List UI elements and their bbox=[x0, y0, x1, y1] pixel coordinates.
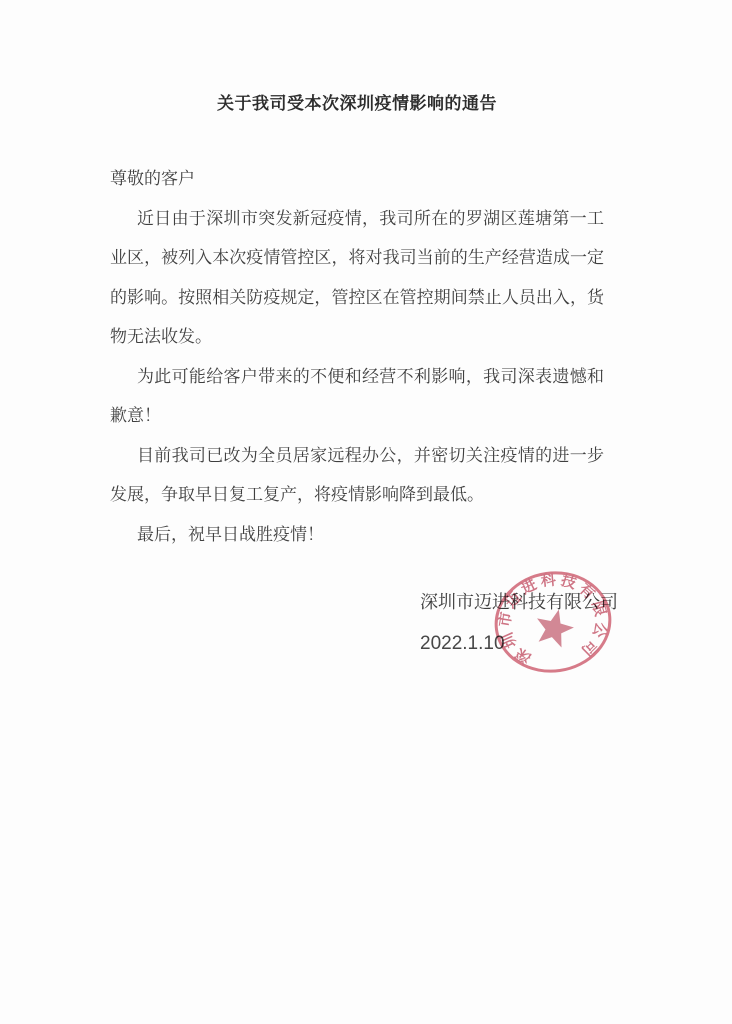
seal-star-icon bbox=[532, 605, 578, 649]
salutation: 尊敬的客户 bbox=[110, 159, 604, 199]
paragraph: 目前我司已改为全员居家远程办公，并密切关注疫情的进一步发展，争取早日复工复产，将… bbox=[110, 436, 604, 515]
paragraph: 为此可能给客户带来的不便和经营不利影响，我司深表遗憾和歉意！ bbox=[110, 357, 604, 436]
company-seal-stamp: 深圳市迈进科技有限公司 bbox=[483, 554, 623, 694]
paragraph: 近日由于深圳市突发新冠疫情，我司所在的罗湖区莲塘第一工业区，被列入本次疫情管控区… bbox=[110, 199, 604, 357]
paragraph: 最后，祝早日战胜疫情！ bbox=[110, 515, 604, 555]
notice-letter-page: 关于我司受本次深圳疫情影响的通告 尊敬的客户 近日由于深圳市突发新冠疫情，我司所… bbox=[0, 0, 732, 1024]
notice-title: 关于我司受本次深圳疫情影响的通告 bbox=[110, 93, 604, 115]
notice-body: 尊敬的客户 近日由于深圳市突发新冠疫情，我司所在的罗湖区莲塘第一工业区，被列入本… bbox=[110, 159, 604, 554]
